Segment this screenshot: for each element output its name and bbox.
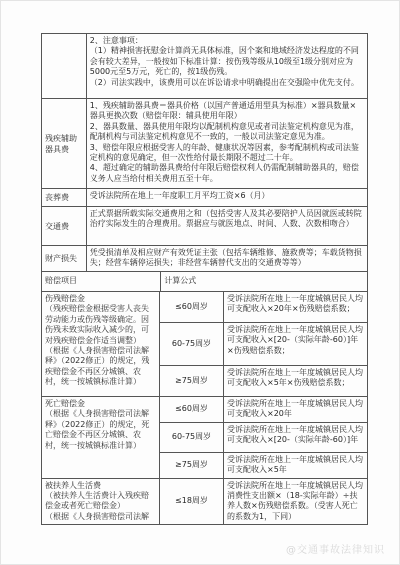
formula-cell: 受诉法院所在地上一年度城镇居民人均可支配收入×20年×伤残赔偿系数； (224, 292, 367, 322)
note-line: （2）司法实践中，该费用可以在诉讼请求中明确提出在交强险中优先支付。 (90, 78, 364, 88)
subrow-age-60-75: 60-75周岁 受诉法院所在地上一年度城镇居民人均可支配收入×[20-（实际年龄… (160, 323, 367, 366)
item-line: 3、赔偿年限应根据受害人的年龄、健康状况等因素，参考配制机构或司法鉴定机构的意见… (90, 143, 364, 164)
row-mental-damage-notes: 2、注意事项： （1）精神损害抚慰金计算尚无具体标准，因个案和地域经济发达程度的… (42, 34, 367, 99)
compensation-table: 2、注意事项： （1）精神损害抚慰金计算尚无具体标准，因个案和地域经济发达程度的… (41, 33, 368, 525)
row-label: 丧葬费 (42, 189, 87, 206)
death-subrows: ≤60周岁 受诉法院所在地上一年度城镇居民人均可支配收入×20年 60-75周岁… (160, 397, 367, 478)
row-label-empty (42, 34, 87, 98)
subrow-age-under-60: ≤60周岁 受诉法院所在地上一年度城镇居民人均可支配收入×20年×伤残赔偿系数； (160, 292, 367, 323)
header-item-column: 赔偿项目 (42, 272, 161, 291)
subrow-age-over-75: ≥75周岁 受诉法院所在地上一年度城镇居民人均可支配收入×5年×伤残赔偿系数； (160, 366, 367, 396)
note-line: （1）精神损害抚慰金计算尚无具体标准，因个案和地域经济发达程度的不同会有较大差异… (90, 46, 364, 77)
row-note: （根据《人身损害赔偿司法解释》（2022修正）的规定，死亡赔偿金不再区分城镇、农… (45, 409, 156, 451)
transport-fee-content: 正式票据所载实际交通费用之和（包括受害人及其必要陪护人员因就医或转院治疗实际发生… (87, 207, 367, 245)
row-death-compensation: 死亡赔偿金 （根据《人身损害赔偿司法解释》（2022修正）的规定，死亡赔偿金不再… (42, 397, 367, 479)
formula-cell: 受诉法院所在地上一年度城镇居民人均可支配收入×[20-（实际年龄-60）]年×伤… (224, 323, 367, 365)
note-line: 2、注意事项： (90, 36, 364, 46)
dependent-label: 被扶养人生活费 （被扶养人生活费计入残疾赔偿金或者死亡赔偿金） （根据《人身损害… (42, 479, 160, 525)
formula-cell: 受诉法院所在地上一年度城镇居民人均消费性支出额×（18-实际年龄）÷扶养人数×伤… (224, 479, 367, 525)
row-note: （根据《人身损害赔偿司法解 (45, 512, 156, 522)
age-cell: 60-75周岁 (160, 423, 224, 452)
row-title: 被扶养人生活费 (45, 481, 156, 491)
subrow-age-over-75: ≥75周岁 受诉法院所在地上一年度城镇居民人均可支配收入×5年 (160, 453, 367, 478)
formula-cell: 受诉法院所在地上一年度城镇居民人均可支配收入×[20-（实际年龄-60）]年 (224, 423, 367, 452)
row-label: 交通费 (42, 207, 87, 245)
row-funeral-fee: 丧葬费 受诉法院所在地上一年度职工月平均工资×6（月） (42, 189, 367, 207)
property-loss-content: 凭受损清单及相应财产有效凭证主张（包括车辆维修、施救费等；车载货物损失；经营车辆… (87, 246, 367, 271)
age-cell: ≤60周岁 (160, 397, 224, 422)
age-cell: ≤60周岁 (160, 292, 224, 322)
row-note: （被扶养人生活费计入残疾赔偿金或者死亡赔偿金） (45, 491, 156, 512)
item-line: 2、器具数量、器具使用年限均以配制机构意见或者司法鉴定机构意见为准，配制机构与司… (90, 122, 364, 143)
row-transport-fee: 交通费 正式票据所载实际交通费用之和（包括受害人及其必要陪护人员因就医或转院治疗… (42, 207, 367, 246)
row-label: 残疾辅助器具费 (42, 99, 87, 188)
row-disability-compensation: 伤残赔偿金 （残疾赔偿金根据受害人丧失劳动能力或伤残等级确定。因伤残未致实际收入… (42, 292, 367, 397)
death-label: 死亡赔偿金 （根据《人身损害赔偿司法解释》（2022修正）的规定，死亡赔偿金不再… (42, 397, 160, 478)
header-formula-column: 计算公式 (161, 272, 367, 291)
watermark: @交通事故法律知识 (286, 541, 385, 556)
formula-cell: 受诉法院所在地上一年度城镇居民人均可支配收入×5年×伤残赔偿系数； (224, 366, 367, 396)
disability-subrows: ≤60周岁 受诉法院所在地上一年度城镇居民人均可支配收入×20年×伤残赔偿系数；… (160, 292, 367, 396)
age-cell: ≤18周岁 (160, 479, 224, 525)
notes-content: 2、注意事项： （1）精神损害抚慰金计算尚无具体标准，因个案和地域经济发达程度的… (87, 34, 367, 98)
dependent-subrows: ≤18周岁 受诉法院所在地上一年度城镇居民人均消费性支出额×（18-实际年龄）÷… (160, 479, 367, 525)
scanned-document-page: 2、注意事项： （1）精神损害抚慰金计算尚无具体标准，因个案和地域经济发达程度的… (0, 0, 400, 565)
row-assistive-device-fee: 残疾辅助器具费 1、残疾辅助器具费＝器具价格（以国产普通适用型具为标准）×器具数… (42, 99, 367, 189)
item-line: 1、残疾辅助器具费＝器具价格（以国产普通适用型具为标准）×器具数量×器具更换次数… (90, 101, 364, 122)
row-label: 财产损失 (42, 246, 87, 271)
row-title: 伤残赔偿金 (45, 294, 156, 304)
formula-line: 受诉法院所在地上一年度职工月平均工资×6（月） (90, 191, 364, 201)
subrow-age-under-18: ≤18周岁 受诉法院所在地上一年度城镇居民人均消费性支出额×（18-实际年龄）÷… (160, 479, 367, 525)
formula-line: 正式票据所载实际交通费用之和（包括受害人及其必要陪护人员因就医或转院治疗实际发生… (90, 209, 364, 230)
row-note: （残疾赔偿金根据受害人丧失劳动能力或伤残等级确定。因伤残未致实际收入减少的，可对… (45, 304, 156, 346)
row-note: （根据《人身损害赔偿司法解释》（2022修正）的规定，残疾赔偿金不再区分城镇、农… (45, 346, 156, 388)
formula-table-header: 赔偿项目 计算公式 (42, 272, 367, 292)
funeral-fee-content: 受诉法院所在地上一年度职工月平均工资×6（月） (87, 189, 367, 206)
age-cell: ≥75周岁 (160, 453, 224, 478)
subrow-age-60-75: 60-75周岁 受诉法院所在地上一年度城镇居民人均可支配收入×[20-（实际年龄… (160, 423, 367, 453)
formula-line: 凭受损清单及相应财产有效凭证主张（包括车辆维修、施救费等；车载货物损失；经营车辆… (90, 248, 364, 269)
subrow-age-under-60: ≤60周岁 受诉法院所在地上一年度城镇居民人均可支配收入×20年 (160, 397, 367, 423)
age-cell: ≥75周岁 (160, 366, 224, 396)
formula-cell: 受诉法院所在地上一年度城镇居民人均可支配收入×20年 (224, 397, 367, 422)
assistive-device-content: 1、残疾辅助器具费＝器具价格（以国产普通适用型具为标准）×器具数量×器具更换次数… (87, 99, 367, 188)
row-property-loss: 财产损失 凭受损清单及相应财产有效凭证主张（包括车辆维修、施救费等；车载货物损失… (42, 246, 367, 272)
item-line: 4、超过确定的辅助器具费给付年限后赔偿权利人仍需配制辅助器具的，赔偿义务人应当给… (90, 163, 364, 184)
disability-label: 伤残赔偿金 （残疾赔偿金根据受害人丧失劳动能力或伤残等级确定。因伤残未致实际收入… (42, 292, 160, 396)
formula-cell: 受诉法院所在地上一年度城镇居民人均可支配收入×5年 (224, 453, 367, 478)
row-title: 死亡赔偿金 (45, 399, 156, 409)
age-cell: 60-75周岁 (160, 323, 224, 365)
row-dependent-living-fee: 被扶养人生活费 （被扶养人生活费计入残疾赔偿金或者死亡赔偿金） （根据《人身损害… (42, 479, 367, 526)
